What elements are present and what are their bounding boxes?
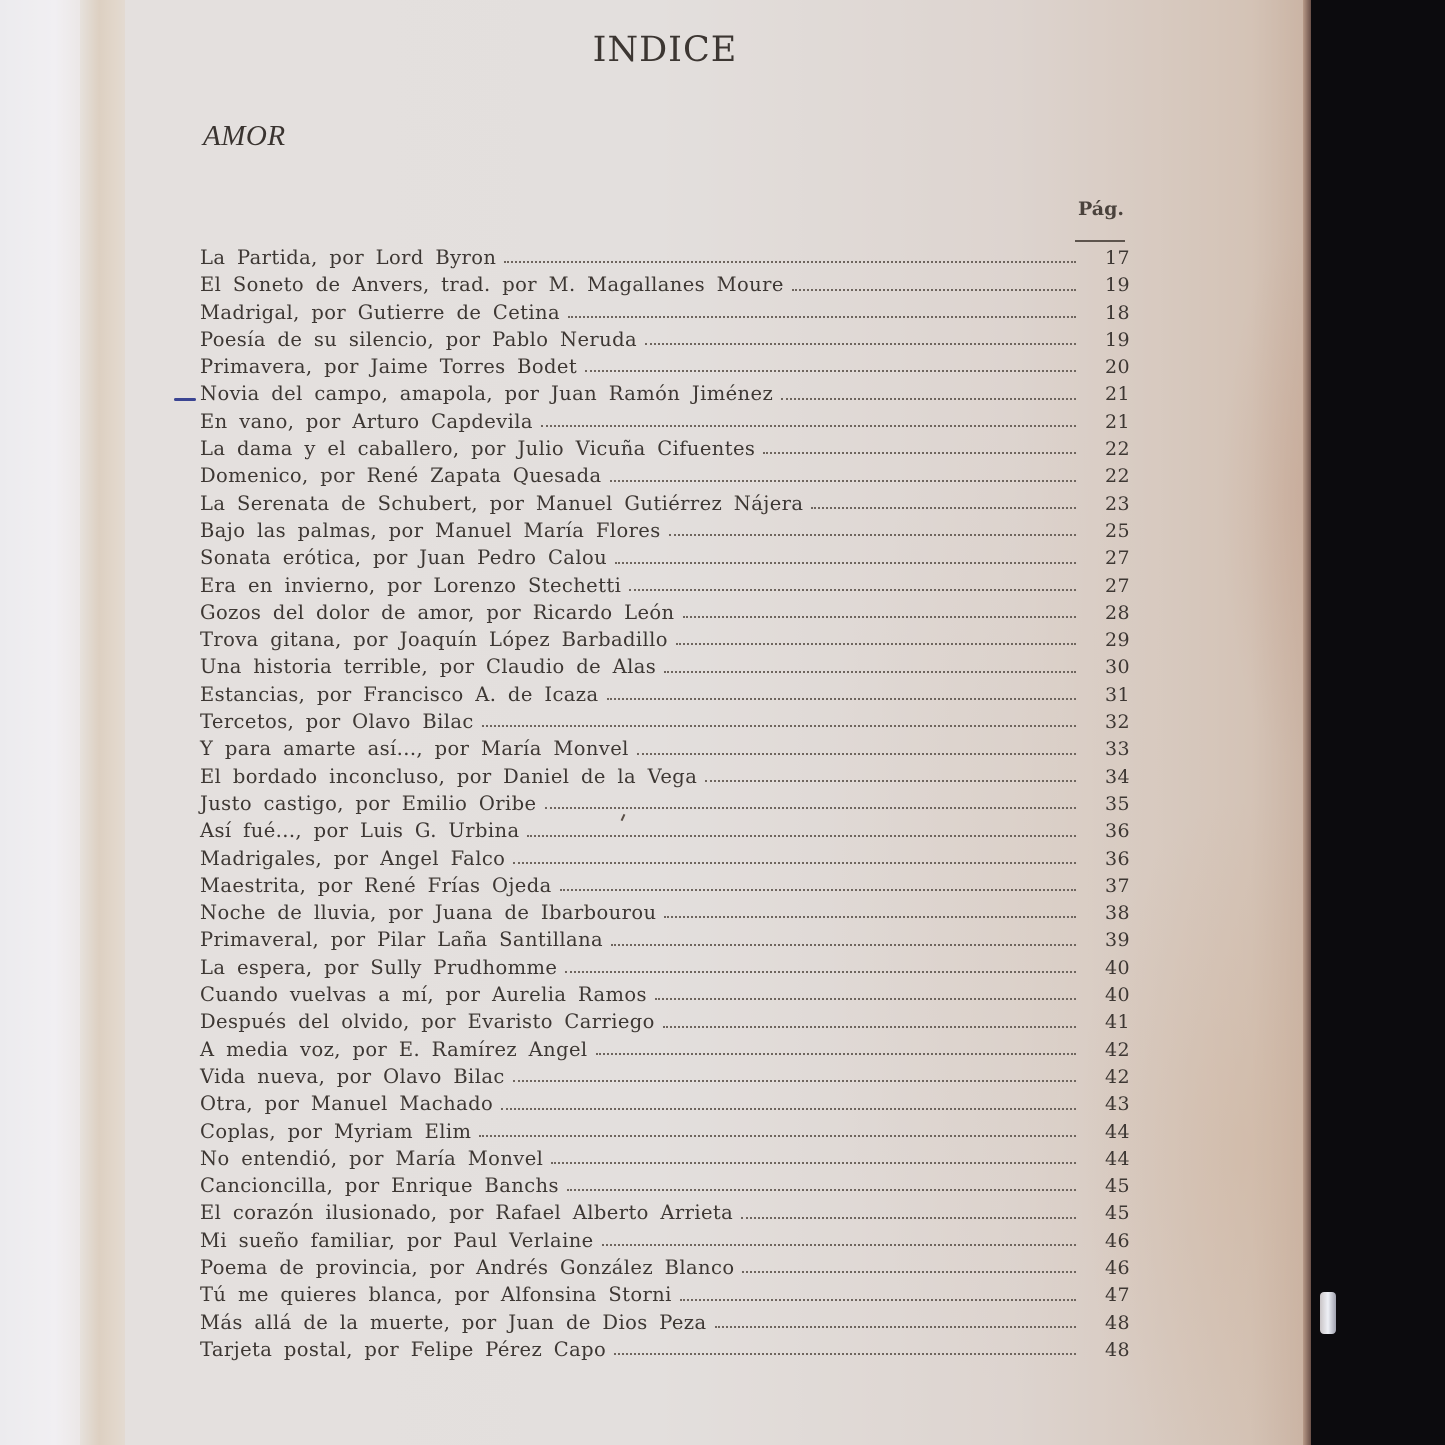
dot-leader — [741, 1216, 1076, 1219]
entry-page-number: 44 — [1086, 1146, 1130, 1173]
entry-title: Vida nueva, por Olavo Bilac — [200, 1063, 505, 1090]
dot-leader — [504, 260, 1076, 263]
dot-leader — [545, 806, 1077, 809]
index-entry: Era en invierno, por Lorenzo Stechetti 2… — [200, 572, 1130, 599]
index-entry: Tú me quieres blanca, por Alfonsina Stor… — [200, 1281, 1130, 1308]
entry-title: Gozos del dolor de amor, por Ricardo Leó… — [200, 599, 675, 626]
dot-leader — [663, 1025, 1076, 1028]
dot-leader — [680, 1298, 1076, 1301]
index-entry: Madrigales, por Angel Falco 36 — [200, 845, 1130, 872]
dot-leader — [811, 506, 1076, 509]
entry-page-number: 27 — [1086, 545, 1130, 572]
entry-title: No entendió, por María Monvel — [200, 1145, 543, 1172]
entry-title: Poesía de su silencio, por Pablo Neruda — [200, 326, 637, 353]
entry-title: Primavera, por Jaime Torres Bodet — [200, 353, 577, 380]
index-entry: Gozos del dolor de amor, por Ricardo Leó… — [200, 599, 1130, 626]
entry-title: Domenico, por René Zapata Quesada — [200, 462, 602, 489]
entry-title: La Partida, por Lord Byron — [200, 244, 496, 271]
entry-title: La Serenata de Schubert, por Manuel Guti… — [200, 490, 803, 517]
entry-page-number: 44 — [1086, 1119, 1130, 1146]
entry-page-number: 27 — [1086, 573, 1130, 600]
entry-title: Más allá de la muerte, por Juan de Dios … — [200, 1309, 707, 1336]
index-entry: Así fué..., por Luis G. Urbina 36 — [200, 817, 1130, 844]
entry-title: Noche de lluvia, por Juana de Ibarbourou — [200, 899, 656, 926]
index-entry: En vano, por Arturo Capdevila 21 — [200, 408, 1130, 435]
index-entry: Vida nueva, por Olavo Bilac 42 — [200, 1063, 1130, 1090]
entry-page-number: 31 — [1086, 682, 1130, 709]
dot-leader — [742, 1270, 1076, 1273]
entry-page-number: 19 — [1086, 327, 1130, 354]
index-entry: Coplas, por Myriam Elim 44 — [200, 1118, 1130, 1145]
entry-page-number: 18 — [1086, 300, 1130, 327]
entry-title: Maestrita, por René Frías Ojeda — [200, 872, 552, 899]
index-entry: Bajo las palmas, por Manuel María Flores… — [200, 517, 1130, 544]
dot-leader — [585, 369, 1076, 372]
dot-leader — [610, 479, 1077, 482]
entry-page-number: 40 — [1086, 982, 1130, 1009]
dot-leader — [565, 970, 1076, 973]
dot-leader — [527, 834, 1076, 837]
pen-mark — [174, 398, 196, 401]
entry-title: Madrigal, por Gutierre de Cetina — [200, 299, 560, 326]
index-entry: Domenico, por René Zapata Quesada 22 — [200, 462, 1130, 489]
entry-page-number: 21 — [1086, 409, 1130, 436]
entry-page-number: 20 — [1086, 354, 1130, 381]
entry-title: Poema de provincia, por Andrés González … — [200, 1254, 734, 1281]
entry-page-number: 43 — [1086, 1091, 1130, 1118]
entry-page-number: 45 — [1086, 1173, 1130, 1200]
dot-leader — [615, 561, 1076, 564]
index-entry: Trova gitana, por Joaquín López Barbadil… — [200, 626, 1130, 653]
entry-title: Coplas, por Myriam Elim — [200, 1118, 471, 1145]
dot-leader — [676, 642, 1076, 645]
entry-title: Tarjeta postal, por Felipe Pérez Capo — [200, 1336, 606, 1363]
entry-title: Otra, por Manuel Machado — [200, 1090, 493, 1117]
dot-leader — [551, 1161, 1076, 1164]
page-title: INDICE — [0, 30, 1330, 70]
index-entry: Otra, por Manuel Machado 43 — [200, 1090, 1130, 1117]
index-entry: Cuando vuelvas a mí, por Aurelia Ramos 4… — [200, 981, 1130, 1008]
entry-title: Sonata erótica, por Juan Pedro Calou — [200, 544, 607, 571]
dot-leader — [705, 779, 1076, 782]
dot-leader — [715, 1325, 1076, 1328]
dot-leader — [602, 1243, 1076, 1246]
dot-leader — [664, 670, 1076, 673]
index-entry: La Partida, por Lord Byron 17 — [200, 244, 1130, 271]
index-entry: Maestrita, por René Frías Ojeda 37 — [200, 872, 1130, 899]
entry-page-number: 36 — [1086, 818, 1130, 845]
index-entries: La Partida, por Lord Byron 17 El Soneto … — [200, 244, 1130, 1363]
entry-page-number: 17 — [1086, 245, 1130, 272]
index-entry: La dama y el caballero, por Julio Vicuña… — [200, 435, 1130, 462]
entry-page-number: 41 — [1086, 1009, 1130, 1036]
entry-page-number: 45 — [1086, 1200, 1130, 1227]
entry-page-number: 21 — [1086, 381, 1130, 408]
index-entry: Poema de provincia, por Andrés González … — [200, 1254, 1130, 1281]
index-entry: Novia del campo, amapola, por Juan Ramón… — [200, 380, 1130, 407]
dot-leader — [560, 888, 1076, 891]
index-entry: El Soneto de Anvers, trad. por M. Magall… — [200, 271, 1130, 298]
index-entry: Noche de lluvia, por Juana de Ibarbourou… — [200, 899, 1130, 926]
index-entry: Sonata erótica, por Juan Pedro Calou 27 — [200, 544, 1130, 571]
page-edge-tab — [1320, 1292, 1336, 1334]
index-entry: Después del olvido, por Evaristo Carrieg… — [200, 1008, 1130, 1035]
dot-leader — [482, 724, 1076, 727]
entry-title: Después del olvido, por Evaristo Carrieg… — [200, 1008, 655, 1035]
index-entry: Tarjeta postal, por Felipe Pérez Capo 48 — [200, 1336, 1130, 1363]
entry-page-number: 28 — [1086, 600, 1130, 627]
entry-title: Cuando vuelvas a mí, por Aurelia Ramos — [200, 981, 647, 1008]
entry-title: El Soneto de Anvers, trad. por M. Magall… — [200, 271, 784, 298]
dot-leader — [607, 697, 1076, 700]
dot-leader — [611, 943, 1076, 946]
entry-page-number: 46 — [1086, 1255, 1130, 1282]
index-entry: Madrigal, por Gutierre de Cetina 18 — [200, 299, 1130, 326]
entry-page-number: 46 — [1086, 1228, 1130, 1255]
entry-page-number: 39 — [1086, 927, 1130, 954]
index-entry: Tercetos, por Olavo Bilac 32 — [200, 708, 1130, 735]
facing-page — [0, 0, 92, 1445]
dot-leader — [683, 615, 1076, 618]
entry-title: Así fué..., por Luis G. Urbina — [200, 817, 519, 844]
entry-title: Trova gitana, por Joaquín López Barbadil… — [200, 626, 668, 653]
dot-leader — [792, 288, 1076, 291]
entry-title: Justo castigo, por Emilio Oribe — [200, 790, 537, 817]
entry-page-number: 25 — [1086, 518, 1130, 545]
entry-page-number: 22 — [1086, 463, 1130, 490]
index-entry: Una historia terrible, por Claudio de Al… — [200, 653, 1130, 680]
entry-page-number: 48 — [1086, 1310, 1130, 1337]
index-entry: La Serenata de Schubert, por Manuel Guti… — [200, 490, 1130, 517]
entry-title: Cancioncilla, por Enrique Banchs — [200, 1172, 559, 1199]
entry-title: La dama y el caballero, por Julio Vicuña… — [200, 435, 755, 462]
dot-leader — [669, 533, 1076, 536]
entry-page-number: 22 — [1086, 436, 1130, 463]
dot-leader — [541, 424, 1076, 427]
dot-leader — [513, 1079, 1076, 1082]
index-entry: Más allá de la muerte, por Juan de Dios … — [200, 1309, 1130, 1336]
entry-title: Una historia terrible, por Claudio de Al… — [200, 653, 656, 680]
dot-leader — [645, 342, 1076, 345]
entry-page-number: 47 — [1086, 1282, 1130, 1309]
entry-page-number: 37 — [1086, 873, 1130, 900]
entry-page-number: 19 — [1086, 272, 1130, 299]
entry-page-number: 42 — [1086, 1037, 1130, 1064]
page-column-rule — [1075, 240, 1125, 242]
entry-page-number: 30 — [1086, 654, 1130, 681]
entry-title: Novia del campo, amapola, por Juan Ramón… — [200, 380, 773, 407]
entry-title: Primaveral, por Pilar Laña Santillana — [200, 926, 603, 953]
index-entry: A media voz, por E. Ramírez Angel 42 — [200, 1036, 1130, 1063]
entry-title: Madrigales, por Angel Falco — [200, 845, 505, 872]
entry-title: Estancias, por Francisco A. de Icaza — [200, 681, 599, 708]
entry-page-number: 23 — [1086, 491, 1130, 518]
dot-leader — [479, 1134, 1076, 1137]
entry-page-number: 36 — [1086, 846, 1130, 873]
entry-page-number: 35 — [1086, 791, 1130, 818]
index-entry: El bordado inconcluso, por Daniel de la … — [200, 763, 1130, 790]
dot-leader — [568, 315, 1076, 318]
entry-title: A media voz, por E. Ramírez Angel — [200, 1036, 588, 1063]
index-entry: Mi sueño familiar, por Paul Verlaine 46 — [200, 1227, 1130, 1254]
entry-title: En vano, por Arturo Capdevila — [200, 408, 533, 435]
section-heading: AMOR — [203, 120, 286, 153]
index-entry: Primaveral, por Pilar Laña Santillana 39 — [200, 926, 1130, 953]
dot-leader — [664, 915, 1076, 918]
entry-page-number: 38 — [1086, 900, 1130, 927]
entry-title: La espera, por Sully Prudhomme — [200, 954, 557, 981]
entry-title: El corazón ilusionado, por Rafael Albert… — [200, 1199, 733, 1226]
dot-leader — [655, 997, 1076, 1000]
index-entry: La espera, por Sully Prudhomme 40 — [200, 954, 1130, 981]
entry-page-number: 34 — [1086, 764, 1130, 791]
entry-title: Tú me quieres blanca, por Alfonsina Stor… — [200, 1281, 672, 1308]
index-entry: El corazón ilusionado, por Rafael Albert… — [200, 1199, 1130, 1226]
index-entry: Justo castigo, por Emilio Oribe 35 — [200, 790, 1130, 817]
index-entry: Poesía de su silencio, por Pablo Neruda … — [200, 326, 1130, 353]
entry-title: Mi sueño familiar, por Paul Verlaine — [200, 1227, 594, 1254]
entry-page-number: 32 — [1086, 709, 1130, 736]
dot-leader — [763, 451, 1076, 454]
dot-leader — [614, 1352, 1076, 1355]
page-column-header: Pág. — [1075, 198, 1127, 220]
entry-title: El bordado inconcluso, por Daniel de la … — [200, 763, 697, 790]
dot-leader — [513, 861, 1076, 864]
dot-leader — [629, 588, 1076, 591]
page-edge — [1303, 0, 1311, 1445]
entry-page-number: 42 — [1086, 1064, 1130, 1091]
dot-leader — [567, 1188, 1076, 1191]
index-entry: Primavera, por Jaime Torres Bodet 20 — [200, 353, 1130, 380]
dot-leader — [596, 1052, 1076, 1055]
entry-page-number: 40 — [1086, 955, 1130, 982]
index-entry: Y para amarte así..., por María Monvel 3… — [200, 735, 1130, 762]
entry-title: Tercetos, por Olavo Bilac — [200, 708, 474, 735]
entry-title: Era en invierno, por Lorenzo Stechetti — [200, 572, 621, 599]
dot-leader — [781, 397, 1076, 400]
index-entry: Cancioncilla, por Enrique Banchs 45 — [200, 1172, 1130, 1199]
dot-leader — [637, 752, 1076, 755]
entry-title: Y para amarte así..., por María Monvel — [200, 735, 629, 762]
index-entry: Estancias, por Francisco A. de Icaza 31 — [200, 681, 1130, 708]
entry-title: Bajo las palmas, por Manuel María Flores — [200, 517, 661, 544]
entry-page-number: 48 — [1086, 1337, 1130, 1364]
dot-leader — [501, 1107, 1076, 1110]
entry-page-number: 29 — [1086, 627, 1130, 654]
index-entry: No entendió, por María Monvel 44 — [200, 1145, 1130, 1172]
entry-page-number: 33 — [1086, 736, 1130, 763]
